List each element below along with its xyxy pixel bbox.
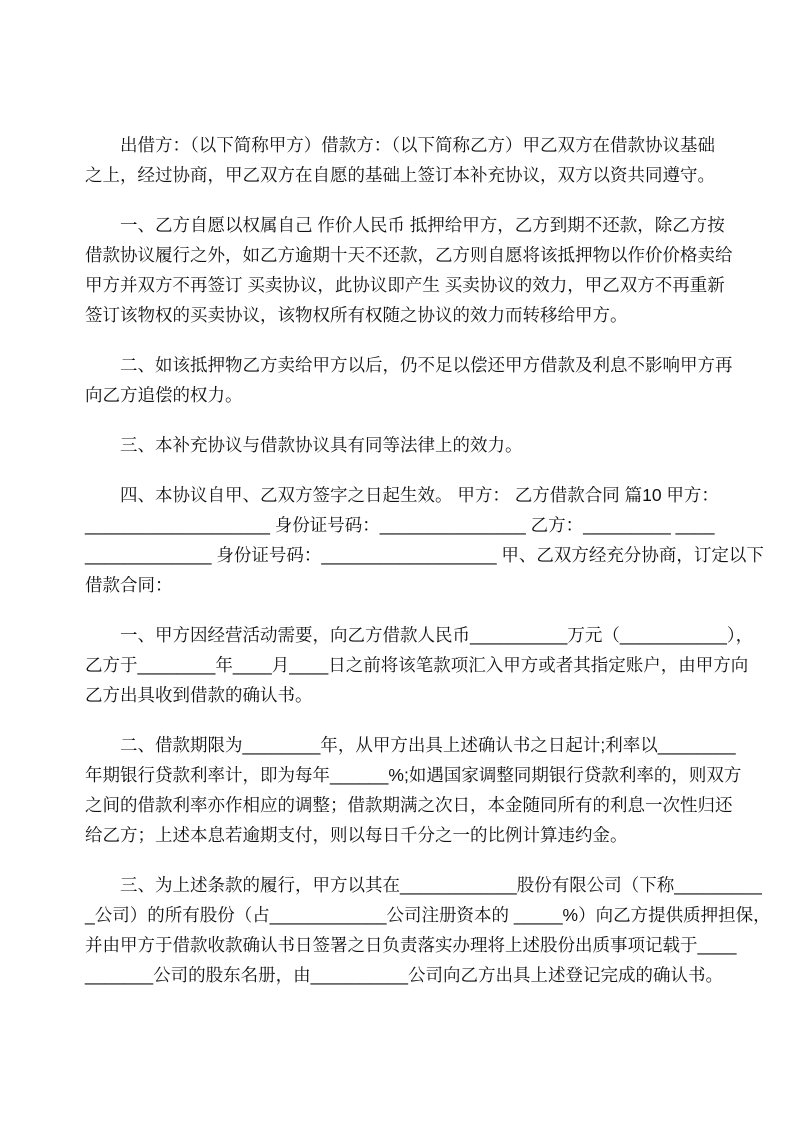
text-line: 乙方出具收到借款的确认书。 [85, 680, 721, 710]
text-line-with-blanks: _____________ 身份证号码：__________________ 甲… [85, 540, 721, 570]
text-line-with-blanks: 并由甲方于借款收款确认书日签署之日负责落实办理将上述股份出质事项记载于____ [85, 930, 721, 960]
text-line: 签订该物权的买卖协议，该物权所有权随之协议的效力而转移给甲方。 [85, 300, 721, 330]
paragraph-clause-2-recourse: 二、如该抵押物乙方卖给甲方以后，仍不足以偿还甲方借款及利息不影响甲方再 向乙方追… [85, 350, 721, 410]
paragraph-clause-3-equal-legal-effect: 三、本补充协议与借款协议具有同等法律上的效力。 [85, 430, 721, 460]
text-line-with-blanks: ___________________ 身份证号码：______________… [85, 510, 721, 540]
text-line: 一、乙方自愿以权属自己 作价人民币 抵押给甲方，乙方到期不还款，除乙方按 [85, 210, 721, 240]
text-line-with-blanks: 一、甲方因经营活动需要，向乙方借款人民币__________万元（_______… [85, 620, 721, 650]
text-line: 二、如该抵押物乙方卖给甲方以后，仍不足以偿还甲方借款及利息不影响甲方再 [85, 350, 721, 380]
text-line: 甲方并双方不再签订 买卖协议，此协议即产生 买卖协议的效力，甲乙双方不再重新 [85, 270, 721, 300]
text-line-with-blanks: 三、为上述条款的履行，甲方以其在____________股份有限公司（下称___… [85, 870, 721, 900]
paragraph-intro: 出借方：（以下简称甲方）借款方：（以下简称乙方）甲乙双方在借款协议基础 之上，经… [85, 130, 721, 190]
text-line-with-blanks: 二、借款期限为________年，从甲方出具上述确认书之日起计;利率以_____… [85, 730, 721, 760]
text-line: 出借方：（以下简称甲方）借款方：（以下简称乙方）甲乙双方在借款协议基础 [85, 130, 721, 160]
text-line: 借款协议履行之外，如乙方逾期十天不还款，乙方则自愿将该抵押物以作价价格卖给 [85, 240, 721, 270]
text-line: 给乙方；上述本息若逾期支付，则以每日千分之一的比例计算违约金。 [85, 820, 721, 850]
text-line: 之间的借款利率亦作相应的调整；借款期满之次日，本金随同所有的利息一次性归还 [85, 790, 721, 820]
text-line: 三、本补充协议与借款协议具有同等法律上的效力。 [85, 430, 721, 460]
text-line-with-blanks: _______公司的股东名册，由__________公司向乙方出具上述登记完成的… [85, 960, 721, 990]
paragraph-loan-clause-3-share-pledge: 三、为上述条款的履行，甲方以其在____________股份有限公司（下称___… [85, 870, 721, 990]
text-line: 向乙方追偿的权力。 [85, 380, 721, 410]
text-line-with-blanks: _公司）的所有股份（占____________公司注册资本的 _____%）向乙… [85, 900, 721, 930]
text-line-with-blanks: 年期银行贷款利率计，即为每年______%;如遇国家调整同期银行贷款利率的，则双… [85, 760, 721, 790]
text-line-with-blanks: 乙方于________年____月____日之前将该笔款项汇入甲方或者其指定账户… [85, 650, 721, 680]
text-line: 借款合同： [85, 570, 721, 600]
paragraph-clause-4-effective-date-and-parties: 四、本协议自甲、乙双方签字之日起生效。 甲方： 乙方借款合同 篇10 甲方： _… [85, 480, 721, 600]
paragraph-loan-clause-2-term-interest: 二、借款期限为________年，从甲方出具上述确认书之日起计;利率以_____… [85, 730, 721, 850]
text-line: 四、本协议自甲、乙双方签字之日起生效。 甲方： 乙方借款合同 篇10 甲方： [85, 480, 721, 510]
document-body: 出借方：（以下简称甲方）借款方：（以下简称乙方）甲乙双方在借款协议基础 之上，经… [85, 130, 721, 1010]
paragraph-clause-1-pledge-sale: 一、乙方自愿以权属自己 作价人民币 抵押给甲方，乙方到期不还款，除乙方按 借款协… [85, 210, 721, 330]
text-line: 之上，经过协商，甲乙双方在自愿的基础上签订本补充协议，双方以资共同遵守。 [85, 160, 721, 190]
paragraph-loan-clause-1-amount: 一、甲方因经营活动需要，向乙方借款人民币__________万元（_______… [85, 620, 721, 710]
